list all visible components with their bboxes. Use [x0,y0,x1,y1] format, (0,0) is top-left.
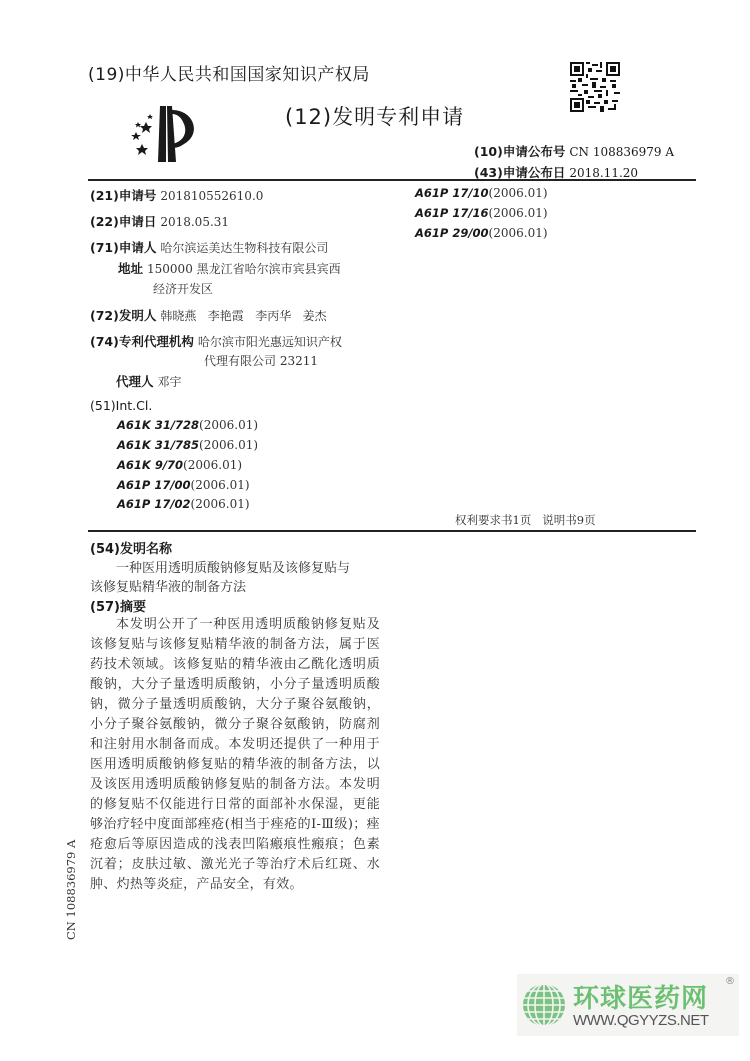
side-publication-number: CN 108836979 A [64,840,78,940]
publication-date-label: (43)申请公布日 [474,165,565,180]
ipc-version: (2006.01) [191,497,250,511]
publication-number: CN 108836979 A [569,145,674,159]
publication-date: 2018.11.20 [569,166,638,180]
ipc-version: (2006.01) [191,478,250,492]
ipc-code: A61K 31/785 [117,438,199,452]
publication-number-row: (10)申请公布号CN 108836979 A [474,142,674,160]
address-line2: 经济开发区 [153,282,213,296]
agency-label: (74)专利代理机构 [90,334,194,349]
watermark: 环球医药网 WWW.QGYYZS.NET ® [517,974,739,1036]
int-cl-entry-right: A61P 17/10(2006.01) [415,186,548,200]
int-cl-entry-right: A61P 17/16(2006.01) [415,206,548,220]
qr-code-icon [570,62,620,112]
invention-title-line1: 一种医用透明质酸钠修复贴及该修复贴与 [116,557,350,576]
ipc-code: A61P 17/10 [415,186,489,200]
application-number-row: (21)申请号201810552610.0 [90,186,263,204]
filing-date-label: (22)申请日 [90,214,156,229]
ipc-version: (2006.01) [489,186,548,200]
int-cl-entry-right: A61P 29/00(2006.01) [415,226,548,240]
agent: 邓宇 [158,375,182,389]
ipc-version: (2006.01) [199,438,258,452]
abstract-text: 本发明公开了一种医用透明质酸钠修复贴及该修复贴与该修复贴精华液的制备方法，属于医… [90,615,380,895]
filing-date-row: (22)申请日2018.05.31 [90,212,229,230]
agency-row-2: 代理有限公司 23211 [200,352,318,369]
invention-title-label: (54)发明名称 [90,538,172,557]
watermark-title: 环球医药网 [573,978,708,1015]
ipc-code: A61K 31/728 [117,418,199,432]
watermark-url: WWW.QGYYZS.NET [573,1012,709,1029]
abstract-label: (57)摘要 [90,596,146,615]
bibliographic-divider [88,530,696,532]
address-label: 地址 [118,261,143,276]
int-cl-entry: A61K 9/70(2006.01) [117,458,242,472]
agency-line2: 代理有限公司 23211 [204,354,318,368]
header-divider [88,179,696,181]
int-cl-entry: A61K 31/785(2006.01) [117,438,258,452]
agent-label: 代理人 [116,374,154,389]
address-row-2: 经济开发区 [149,280,213,297]
int-cl-entry: A61K 31/728(2006.01) [117,418,258,432]
inventors-label: (72)发明人 [90,308,156,323]
agency-row: (74)专利代理机构哈尔滨市阳光惠远知识产权 [90,332,342,350]
inventors: 韩晓燕 李艳霞 李丙华 姜杰 [160,309,326,323]
publication-number-label: (10)申请公布号 [474,144,565,159]
ipc-code: A61K 9/70 [117,458,183,472]
ipc-code: A61P 17/16 [415,206,489,220]
agency-line1: 哈尔滨市阳光惠远知识产权 [198,335,342,349]
ipc-version: (2006.01) [199,418,258,432]
document-type: (12)发明专利申请 [285,101,464,131]
applicant-label: (71)申请人 [90,240,156,255]
filing-date: 2018.05.31 [160,215,229,229]
invention-title-line2: 该修复贴精华液的制备方法 [90,576,246,595]
int-cl-row: (51)Int.Cl. [90,398,152,413]
int-cl-label: (51)Int.Cl. [90,398,152,413]
office-name: (19)中华人民共和国国家知识产权局 [88,60,370,85]
page-counts: 权利要求书1页 说明书9页 [455,512,596,528]
applicant-row: (71)申请人哈尔滨运美达生物科技有限公司 [90,238,328,256]
address-line1: 150000 黑龙江省哈尔滨市宾县宾西 [147,262,341,276]
ipc-code: A61P 17/00 [117,478,191,492]
ipc-version: (2006.01) [489,226,548,240]
cnipa-logo-icon [122,100,200,166]
inventors-row: (72)发明人韩晓燕 李艳霞 李丙华 姜杰 [90,306,327,324]
registered-icon: ® [725,976,735,987]
ipc-version: (2006.01) [489,206,548,220]
int-cl-entry: A61P 17/02(2006.01) [117,497,250,511]
address-row: 地址150000 黑龙江省哈尔滨市宾县宾西 [118,259,341,277]
applicant: 哈尔滨运美达生物科技有限公司 [160,241,328,255]
int-cl-entry: A61P 17/00(2006.01) [117,478,250,492]
ipc-code: A61P 29/00 [415,226,489,240]
agent-row: 代理人邓宇 [116,372,182,390]
application-number-label: (21)申请号 [90,188,156,203]
globe-icon [521,982,567,1028]
application-number: 201810552610.0 [160,189,263,203]
ipc-version: (2006.01) [183,458,242,472]
ipc-code: A61P 17/02 [117,497,191,511]
